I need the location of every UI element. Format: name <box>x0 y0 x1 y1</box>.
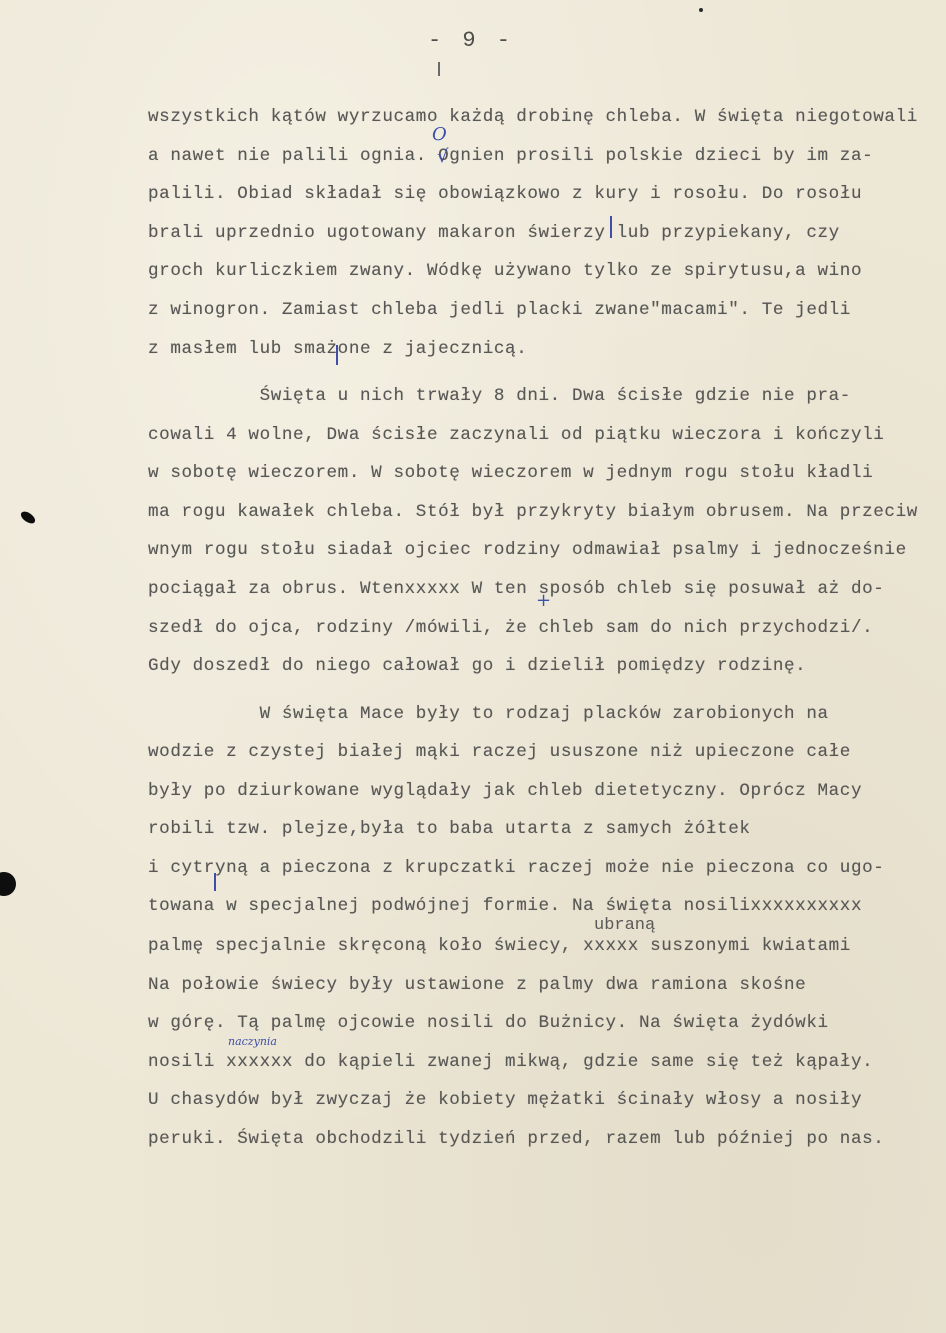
text-line: cowali 4 wolne, Dwa ścisłe zaczynali od … <box>148 424 884 446</box>
text-line: palili. Obiad składał się obowiązkowo z … <box>148 183 862 205</box>
page-number: - 9 - <box>428 28 514 53</box>
text-line: pociągał za obrus. Wtenxxxxx W ten sposó… <box>148 578 884 600</box>
text-line: a nawet nie palili ognia. Ognien prosili… <box>148 145 873 167</box>
text-line: Na połowie świecy były ustawione z palmy… <box>148 974 806 996</box>
text-line: wnym rogu stołu siadał ojciec rodziny od… <box>148 539 907 561</box>
text-line: nosili xxxxxx do kąpieli zwanej mikwą, g… <box>148 1051 873 1073</box>
text-line: towana w specjalnej podwójnej formie. Na… <box>148 895 862 917</box>
insertion-mark-icon: √ <box>437 146 448 167</box>
text-line: robili tzw. plejze,była to baba utarta z… <box>148 818 751 840</box>
binder-hole <box>0 872 16 896</box>
stray-mark-icon <box>438 62 440 76</box>
text-line: były po dziurkowane wyglądały jak chleb … <box>148 780 862 802</box>
text-line: brali uprzednio ugotowany makaron świerz… <box>148 222 840 244</box>
text-line: w górę. Tą palmę ojcowie nosili do Bużni… <box>148 1012 829 1034</box>
text-line: W święta Mace były to rodzaj placków zar… <box>148 703 829 725</box>
punch-mark <box>19 509 37 526</box>
handwritten-caret-mark: O <box>432 124 447 145</box>
text-line: wszystkich kątów wyrzucamo każdą drobinę… <box>148 106 918 128</box>
paper-speck <box>699 8 703 12</box>
handwritten-correction: naczynia <box>228 1035 277 1048</box>
text-line: z winogron. Zamiast chleba jedli placki … <box>148 299 851 321</box>
text-line: wodzie z czystej białej mąki raczej usus… <box>148 741 851 763</box>
text-line: palmę specjalnie skręconą koło świecy, x… <box>148 935 851 957</box>
text-line: peruki. Święta obchodzili tydzień przed,… <box>148 1128 884 1150</box>
correction-stroke-icon <box>610 216 612 238</box>
correction-stroke-icon <box>336 345 338 365</box>
text-line: szedł do ojca, rodziny /mówili, że chleb… <box>148 617 873 639</box>
interlinear-insert: ubraną <box>594 916 655 935</box>
text-line: ma rogu kawałek chleba. Stół był przykry… <box>148 501 918 523</box>
text-line: Święta u nich trwały 8 dni. Dwa ścisłe g… <box>148 385 851 407</box>
text-line: i cytryną a pieczona z krupczatki raczej… <box>148 857 884 879</box>
text-line: U chasydów był zwyczaj że kobiety mężatk… <box>148 1089 862 1111</box>
text-line: groch kurliczkiem zwany. Wódkę używano t… <box>148 260 862 282</box>
text-line: w sobotę wieczorem. W sobotę wieczorem w… <box>148 462 873 484</box>
separator-mark-icon: + <box>536 590 551 611</box>
text-line: Gdy doszedł do niego całował go i dzieli… <box>148 655 806 677</box>
correction-stroke-icon <box>214 873 216 891</box>
